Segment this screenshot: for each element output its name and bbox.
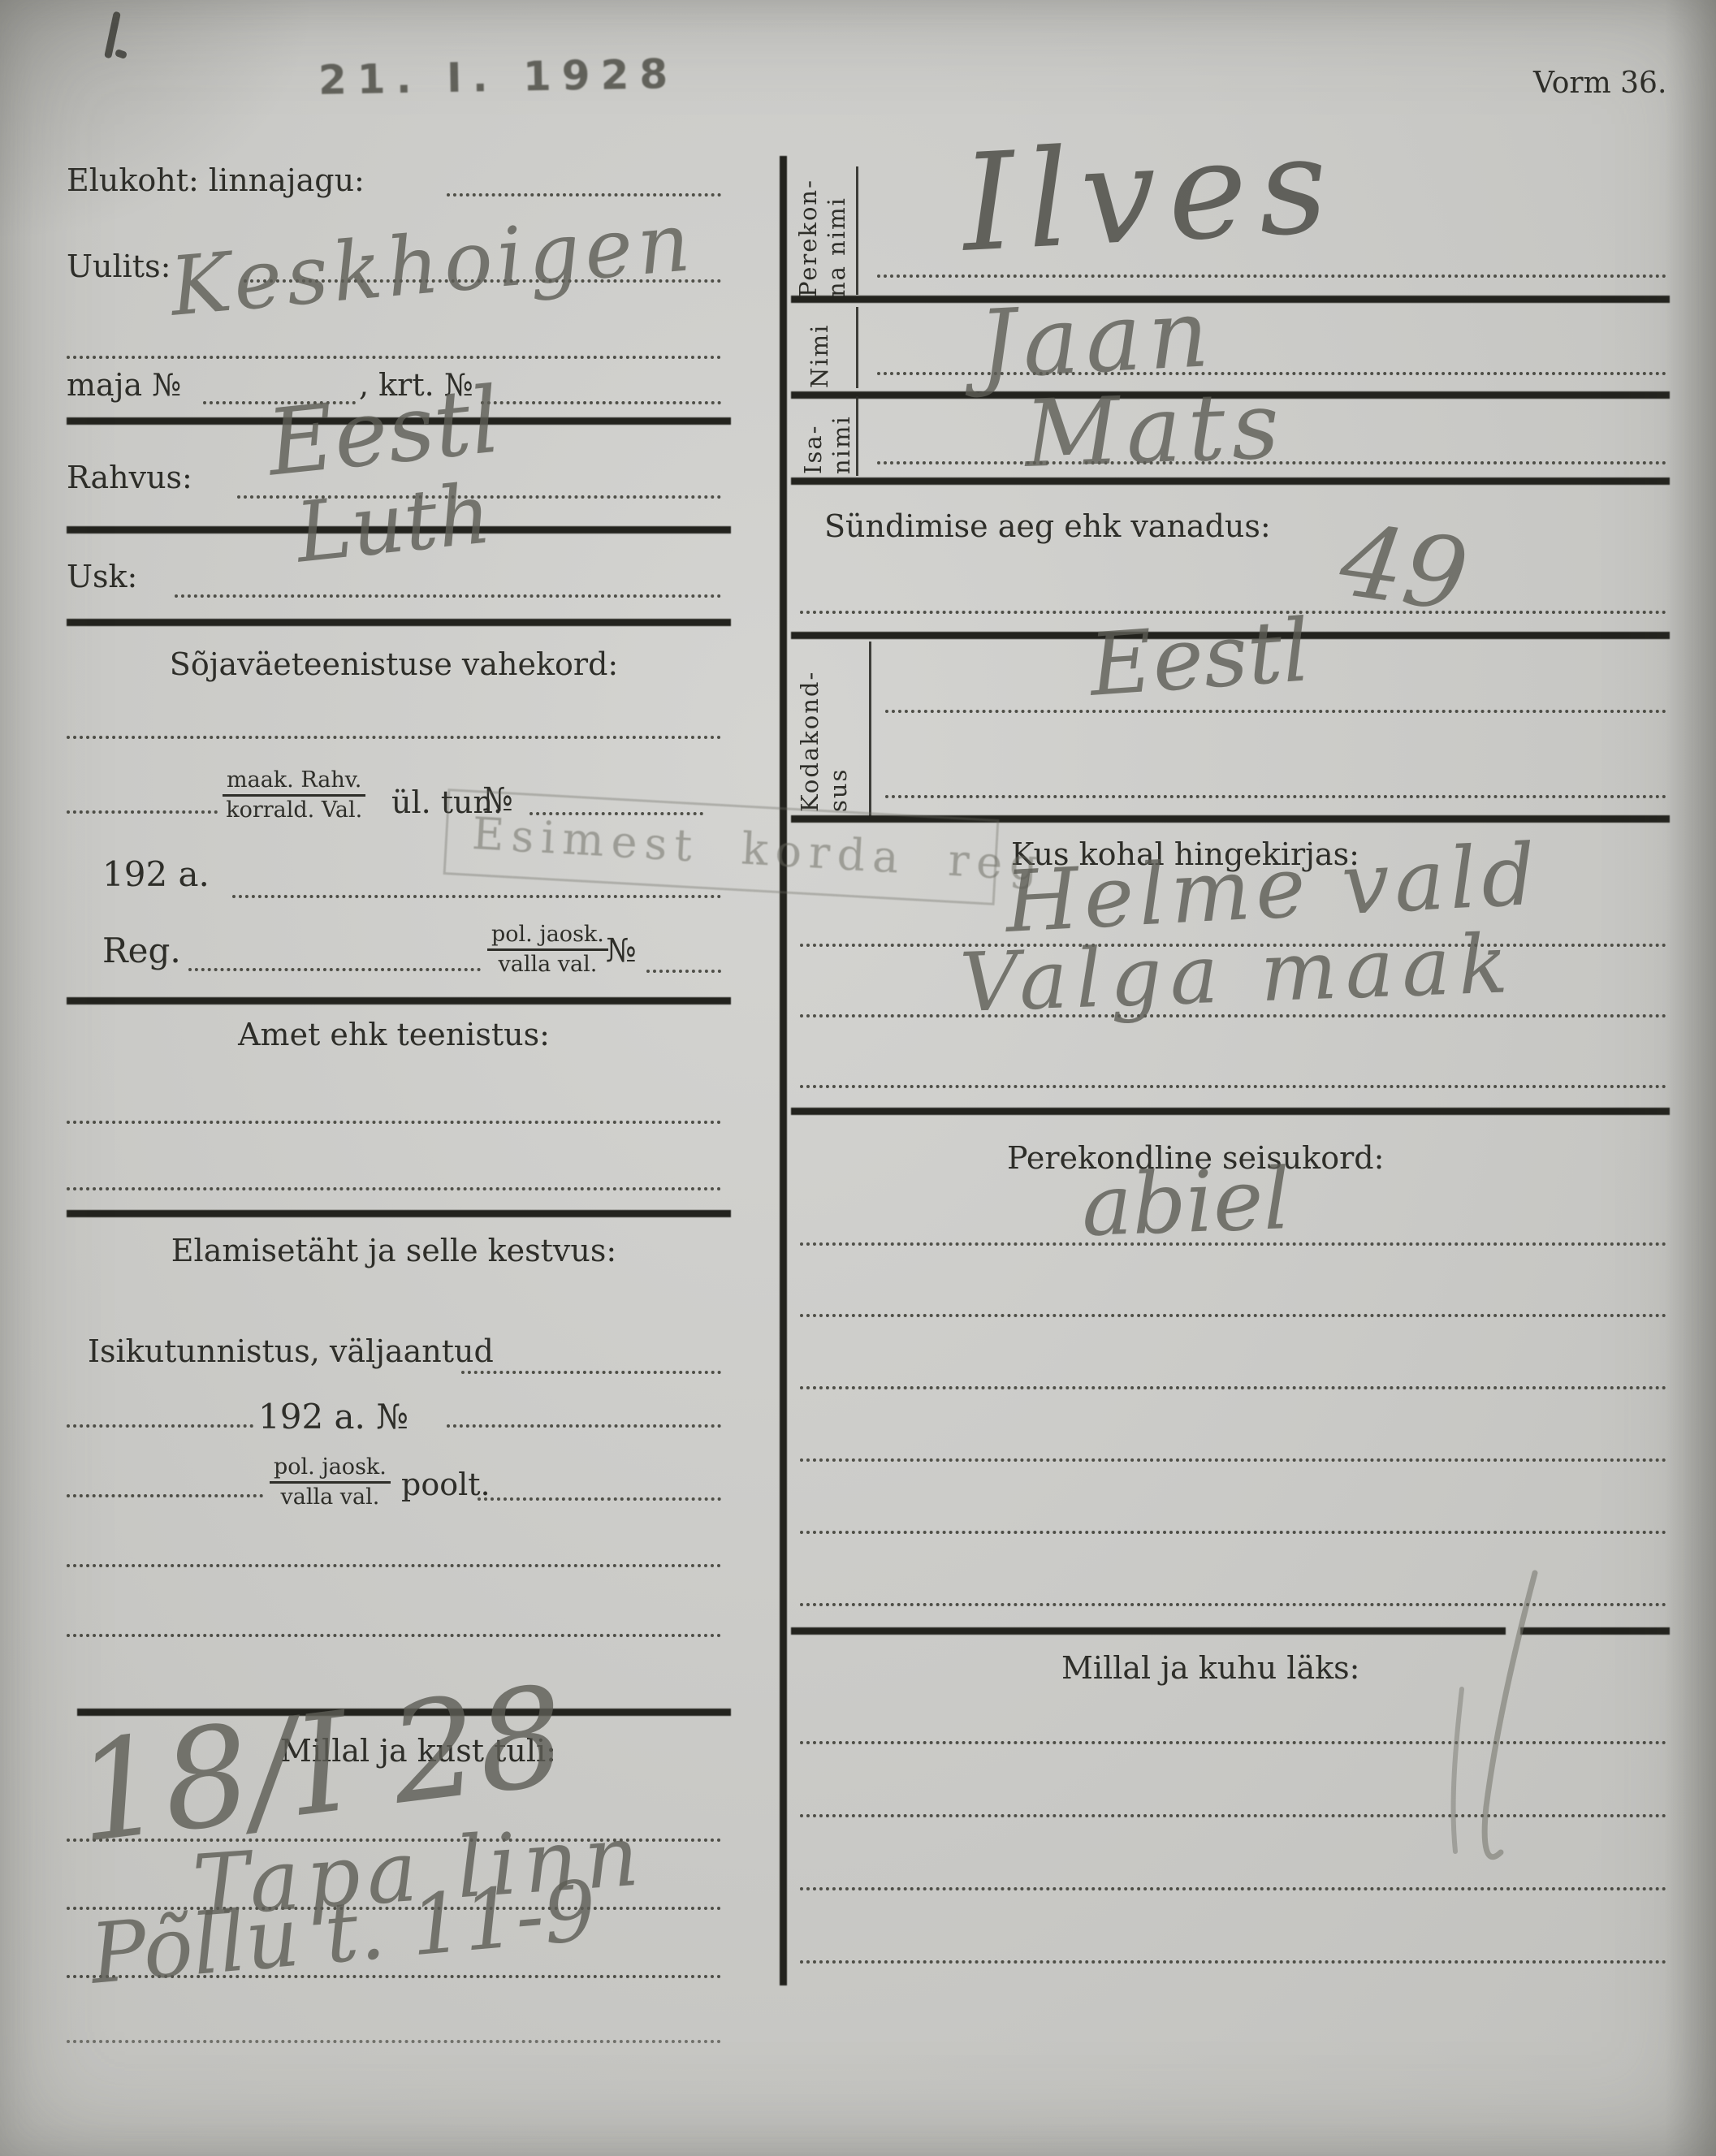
dotted-line xyxy=(67,2040,721,2043)
form-number: Vorm 36. xyxy=(1533,67,1666,100)
dotted-line xyxy=(232,895,721,898)
section-rule xyxy=(67,619,731,626)
birthdate-label: Sündimise aeg ehk vanadus: xyxy=(824,508,1271,544)
dotted-line xyxy=(67,1494,263,1497)
arrival-street-handwriting: Põllu t. 11-9 xyxy=(87,1863,600,2003)
dotted-line xyxy=(800,1386,1666,1389)
dotted-line xyxy=(461,1371,721,1374)
dotted-line xyxy=(447,1424,721,1428)
religion-label: Usk: xyxy=(67,559,137,594)
dotted-line xyxy=(800,1314,1666,1317)
first-registration-stamp: Esimest korda reg xyxy=(443,789,1000,905)
label-separator-line xyxy=(869,642,871,816)
dotted-line xyxy=(885,710,1666,713)
dotted-line xyxy=(67,736,721,739)
street-label: Uulits: xyxy=(67,248,171,284)
street-value-handwriting: Keskhoigen xyxy=(166,194,698,335)
surname-vertical-label: Perekon- na nimi xyxy=(794,169,851,297)
paper-edge-shading xyxy=(1659,0,1716,2156)
dotted-line xyxy=(175,594,721,598)
police-district-fraction-2: pol. jaosk. valla val. xyxy=(270,1455,391,1510)
section-rule xyxy=(67,1210,731,1217)
dotted-line xyxy=(67,1121,721,1124)
pol-jaosk-label: pol. jaosk. xyxy=(487,922,608,951)
dotted-line xyxy=(188,968,481,971)
military-service-header: Sõjaväeteenistuse vahekord: xyxy=(67,646,721,682)
registration-form-page: Vorm 36. 21. I. 1928 Elukoht: linnajagu:… xyxy=(0,0,1716,2156)
religion-value-handwriting: Luth xyxy=(292,465,495,581)
surname-handwriting: Ilves xyxy=(958,106,1342,282)
valla-val-label: valla val. xyxy=(270,1484,391,1510)
dotted-line xyxy=(800,1085,1666,1088)
dotted-line xyxy=(481,401,721,404)
occupation-header: Amet ehk teenistus: xyxy=(67,1017,721,1052)
age-handwriting: 49 xyxy=(1333,503,1475,634)
dotted-line xyxy=(67,810,218,814)
maak-rahv-label: maak. Rahv. xyxy=(223,768,365,797)
label-separator-line xyxy=(856,166,858,295)
dotted-line xyxy=(800,1531,1666,1534)
row-rule xyxy=(791,296,1670,303)
year-192-label: 192 a. xyxy=(102,854,210,894)
paper-corner-shading xyxy=(0,0,341,260)
residence-section-label: Elukoht: linnajagu: xyxy=(67,162,365,198)
police-district-fraction: pol. jaosk. valla val. xyxy=(487,922,608,977)
label-separator-line xyxy=(856,307,858,388)
dotted-line xyxy=(67,1634,721,1637)
dotted-line xyxy=(800,1458,1666,1462)
row-rule xyxy=(791,1108,1670,1115)
label-separator-line xyxy=(856,396,858,476)
dotted-line xyxy=(67,356,721,359)
firstname-vertical-label: Nimi xyxy=(806,313,834,388)
citizenship-handwriting: Eestl xyxy=(1087,600,1313,715)
column-divider xyxy=(780,156,787,1985)
dotted-line xyxy=(885,795,1666,798)
dotted-line xyxy=(67,1424,253,1428)
fathername-handwriting: Mats xyxy=(1023,371,1287,488)
departure-label: Millal ja kuhu läks: xyxy=(1061,1650,1359,1686)
dotted-line xyxy=(478,1497,721,1501)
section-rule xyxy=(67,997,731,1005)
pol-jaosk-label: pol. jaosk. xyxy=(270,1455,391,1484)
dotted-line xyxy=(67,1187,721,1190)
pencil-flourish-mark xyxy=(1364,1563,1567,1884)
citizenship-vertical-label: Kodakond- sus xyxy=(796,646,853,812)
valla-val-label: valla val. xyxy=(487,951,608,977)
pen-mark-dot xyxy=(115,49,128,59)
family-status-handwriting: abiel xyxy=(1080,1149,1292,1255)
dotted-line xyxy=(67,1564,721,1567)
date-stamp: 21. I. 1928 xyxy=(318,50,679,104)
korrald-val-label: korrald. Val. xyxy=(223,797,365,823)
residence-line2-handwriting: Valga maak xyxy=(958,916,1517,1030)
residence-permit-header: Elamisetäht ja selle kestvus: xyxy=(67,1233,721,1268)
county-authority-fraction: maak. Rahv. korrald. Val. xyxy=(223,768,365,823)
identity-card-label: Isikutunnistus, väljaantud xyxy=(88,1333,494,1369)
reg-label: Reg. xyxy=(102,931,181,970)
year-number-label: 192 a. № xyxy=(258,1397,408,1437)
number-sign: № xyxy=(606,932,637,970)
nationality-label: Rahvus: xyxy=(67,460,192,495)
dotted-line xyxy=(800,1887,1666,1890)
fathername-vertical-label: Isa- nimi xyxy=(799,400,856,474)
dotted-line xyxy=(646,970,721,973)
dotted-line xyxy=(800,1960,1666,1964)
house-number-label: maja № xyxy=(67,367,181,403)
